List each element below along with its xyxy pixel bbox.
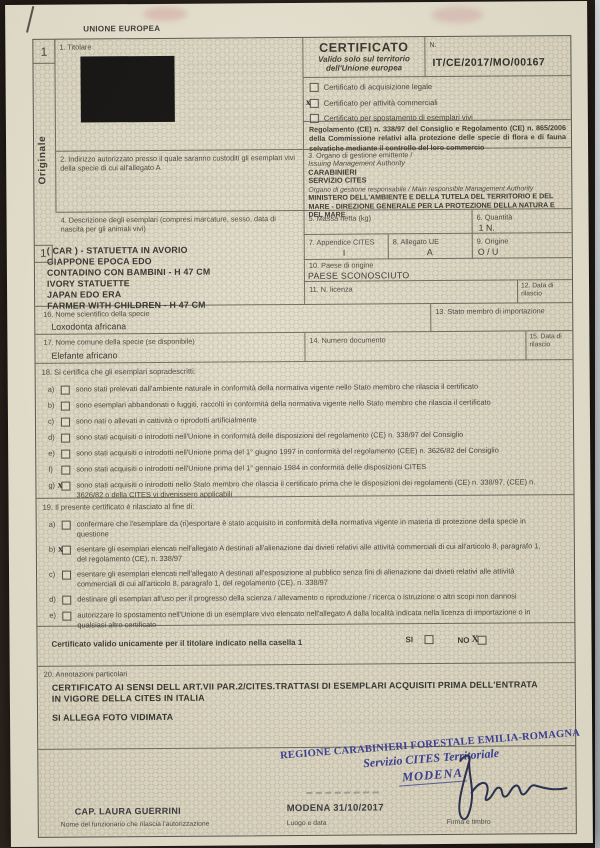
copy-type-strip: Originale — [33, 40, 56, 213]
box5-massa-cell: 5. Massa netta (kg) — [304, 210, 472, 235]
annotation-text: CERTIFICATO AI SENSI DELL ART.VII PAR.2/… — [52, 679, 538, 704]
certificato-header-cell: CERTIFICATO Valido solo sul territorio d… — [302, 37, 425, 78]
section19-item-d: d) destinare gli esemplari all'uso per i… — [49, 591, 574, 605]
item-key: e) — [48, 449, 61, 458]
checkbox-label: Certificato di acquisizione legale — [324, 82, 433, 92]
box9-origine-cell: 9. Origine O / U — [472, 233, 572, 259]
section18-item-b: b) sono esemplari abbandonati o fuggiti,… — [48, 397, 573, 411]
item-key: d) — [49, 595, 62, 604]
item-key: a) — [49, 520, 62, 529]
validity-row: Certificato valido unicamente per il tit… — [37, 623, 574, 667]
section19-item-c: c) esentare gli esemplari elencati nell'… — [49, 566, 574, 589]
specimen-description: ( CAR ) - STATUETTA IN AVORIO GIAPPONE E… — [47, 245, 211, 312]
item-key: c) — [49, 570, 62, 579]
box16-label: 16. Nome scientifico della specie — [35, 304, 430, 322]
box9-value: O / U — [478, 247, 499, 257]
box10-value: PAESE SCONOSCIUTO — [308, 270, 410, 281]
item-text: confermare che l'esemplare da (ri)esport… — [77, 517, 547, 539]
box5-label: 5. Massa netta (kg) — [305, 210, 472, 226]
certificate-form: Originale 1 1. Titolare CERTIFICATO Vali… — [32, 35, 577, 838]
checkbox-si — [424, 635, 433, 644]
annotation-photo: SI ALLEGA FOTO VIDIMATA — [52, 712, 173, 724]
box16-nome-scientifico-cell: 16. Nome scientifico della specie Loxodo… — [35, 304, 430, 335]
description-line: ( CAR ) - STATUETTA IN AVORIO — [47, 245, 210, 257]
box11-label: 11. N. licenza — [305, 280, 517, 297]
checkbox-18e — [61, 450, 70, 459]
handwritten-signature — [390, 752, 571, 831]
section19-item-b: b) x esentare gli esemplari elencati nel… — [49, 541, 574, 564]
copy-number-box: 1 — [33, 40, 55, 64]
box10-paese-cell: 10. Paese di origine PAESE SCONOSCIUTO — [304, 258, 572, 282]
desk-edge-highlight — [595, 0, 600, 848]
certificato-scope: Valido solo sul territorio dell'Unione e… — [303, 54, 424, 73]
item-number-box: 1 — [35, 245, 53, 263]
section18-item-d: d) sono stati acquisiti o introdotti nel… — [48, 429, 573, 443]
item-key: b) — [48, 401, 61, 410]
box1-titolare-cell: 1. Titolare — [55, 38, 303, 152]
redacted-holder-name — [80, 56, 174, 123]
box7-value: I — [343, 248, 346, 258]
pen-mark — [26, 6, 34, 33]
box11-licenza-cell: 11. N. licenza — [304, 280, 517, 304]
item-key: f) — [48, 465, 61, 474]
box6-quantita-cell: 6. Quantità 1 N. — [472, 209, 572, 234]
typed-x-mark: x — [55, 481, 62, 491]
description-line: CONTADINO CON BAMBINI - H 47 CM — [47, 267, 210, 279]
item-text: esentare gli esemplari elencati nell'all… — [77, 542, 547, 564]
bleed-through-text — [76, 176, 266, 205]
checkbox-19a — [62, 521, 71, 530]
item-key: e) — [49, 611, 62, 620]
validity-no-group: NO X — [457, 635, 486, 645]
box12-data-cell: 12. Data di rilascio — [517, 280, 572, 303]
checkbox-no — [477, 635, 486, 644]
place-and-date: MODENA 31/10/2017 — [287, 802, 384, 814]
place-date-label: Luogo e data — [287, 820, 327, 827]
certificato-number-cell: N. IT/CE/2017/MO/00167 — [425, 36, 570, 77]
checkbox-acquisizione-legale — [310, 83, 319, 92]
box15-label: 15. Data di rilascio — [526, 331, 572, 351]
typed-x-mark: X — [471, 635, 478, 645]
no-label: NO — [457, 635, 469, 644]
section19-cell: 19. Il presente certificato è rilasciato… — [37, 495, 575, 627]
item-text: sono nati o allevati in cattività o ripr… — [76, 414, 546, 427]
certificate-type-cell: Certificato di acquisizione legale x Cer… — [303, 76, 571, 122]
item-text: sono stati acquisiti o introdotti nell'U… — [76, 430, 546, 443]
regulation-cell: Regolamento (CE) n. 338/97 del Consiglio… — [303, 120, 571, 150]
box7-appendice-cell: 7. Appendice CITES I — [304, 234, 388, 260]
validity-si-group: SI — [405, 635, 433, 644]
type-row-attivita-commerciali: x Certificato per attività commerciali — [310, 96, 571, 108]
item-text: sono esemplari abbandonati o fuggiti, ra… — [76, 398, 546, 411]
bleed-through-text — [185, 62, 297, 135]
copy-type-label: Originale — [37, 136, 48, 185]
type-row-acquisizione: Certificato di acquisizione legale — [310, 81, 571, 92]
typed-x-mark: x — [304, 98, 311, 108]
box17-nome-comune-cell: 17. Nome comune della specie (se disponi… — [35, 333, 304, 364]
certificate-number: IT/CE/2017/MO/00167 — [432, 56, 545, 69]
box7-label: 7. Appendice CITES — [305, 234, 388, 250]
checkbox-attivita-commerciali — [310, 98, 319, 107]
box8-allegato-cell: 8. Allegato UE A — [388, 234, 472, 260]
section18-item-e: e) sono stati acquisiti o introdotti nel… — [48, 445, 573, 459]
item-text: esentare gli esemplari elencati nell'all… — [77, 567, 547, 589]
bleed-through-text — [338, 719, 548, 730]
checkbox-19b — [62, 546, 71, 555]
checkbox-18d — [61, 434, 70, 443]
box2-label: 2. Indirizzo autorizzato presso il quale… — [56, 150, 303, 176]
number-label: N. — [425, 36, 570, 52]
box14-label: 14. Numero documento — [305, 331, 525, 348]
box2-indirizzo-cell: 2. Indirizzo autorizzato presso il quale… — [56, 150, 303, 213]
photo-scene: { "document": { "eu_header": "UNIONE EUR… — [0, 0, 600, 848]
checkbox-19e — [62, 612, 71, 621]
validity-text: Certificato valido unicamente per il tit… — [52, 638, 303, 649]
item-text: sono stati acquisiti o introdotti nell'U… — [76, 462, 546, 475]
certificato-title: CERTIFICATO — [303, 40, 424, 55]
box6-value: 1 N. — [479, 223, 495, 233]
official-name: CAP. LAURA GUERRINI — [75, 806, 181, 817]
box16-value: Loxodonta africana — [51, 321, 126, 332]
item-text: sono stati prelevati dall'ambiente natur… — [76, 382, 546, 395]
checkbox-19d — [62, 596, 71, 605]
checkbox-18a — [61, 386, 70, 395]
checkbox-18b — [61, 402, 70, 411]
item-key: c) — [48, 417, 61, 426]
box13-stato-membro-cell: 13. Stato membro di importazione — [430, 303, 572, 332]
box13-label: 13. Stato membro di importazione — [431, 303, 572, 319]
eu-header: UNIONE EUROPEA — [83, 24, 160, 34]
section18-item-f: f) sono stati acquisiti o introdotti nel… — [48, 461, 573, 475]
item-key: a) — [48, 385, 61, 394]
checkbox-18g — [61, 482, 70, 491]
box3-organo-cell: 3. Organo di gestione emittente / Issuin… — [303, 148, 571, 211]
item-text: sono stati acquisiti o introdotti nell'U… — [76, 446, 546, 459]
si-label: SI — [405, 635, 413, 644]
section18-item-c: c) sono nati o allevati in cattività o r… — [48, 413, 573, 427]
checkbox-label: Certificato per attività commerciali — [324, 98, 438, 108]
item-text: destinare gli esemplari all'uso per il p… — [77, 591, 547, 604]
footer-row: REGIONE CARABINIERI FORESTALE EMILIA-ROM… — [38, 746, 576, 835]
box15-data-cell: 15. Data di rilascio — [525, 331, 572, 360]
item-key: d) — [48, 433, 61, 442]
section19-item-a: a) confermare che l'esemplare da (ri)esp… — [49, 516, 574, 539]
ink-smudge — [431, 7, 483, 23]
box17-label: 17. Nome comune della specie (se disponi… — [35, 333, 304, 350]
certificate-paper: UNIONE EUROPEA Originale 1 1. Titolare C… — [5, 1, 593, 847]
box17-value: Elefante africano — [51, 350, 117, 360]
box4-descrizione-cell: 4. Descrizione degli esemplari (compresi… — [35, 211, 305, 307]
checkbox-18f — [61, 466, 70, 475]
box4-label: 4. Descrizione degli esemplari (compresi… — [35, 211, 304, 237]
box1-label: 1. Titolare — [55, 38, 302, 55]
box12-label: 12. Data di rilascio — [518, 280, 572, 300]
issuing-authority-line2: SERVIZIO CITES — [308, 175, 567, 185]
official-name-label: Nome del funzionario che rilascia l'auto… — [61, 821, 210, 829]
ink-smudge — [143, 7, 187, 21]
box10-label: 10. Paese di origine — [305, 258, 572, 271]
typed-x-mark: x — [56, 545, 63, 555]
checkbox-19c — [62, 571, 71, 580]
checkbox-18c — [61, 418, 70, 427]
box14-numero-documento-cell: 14. Numero documento — [304, 331, 525, 362]
section18-cell: 18. Si certifica che gli esemplari sopra… — [36, 360, 574, 499]
box8-value: A — [427, 247, 433, 257]
